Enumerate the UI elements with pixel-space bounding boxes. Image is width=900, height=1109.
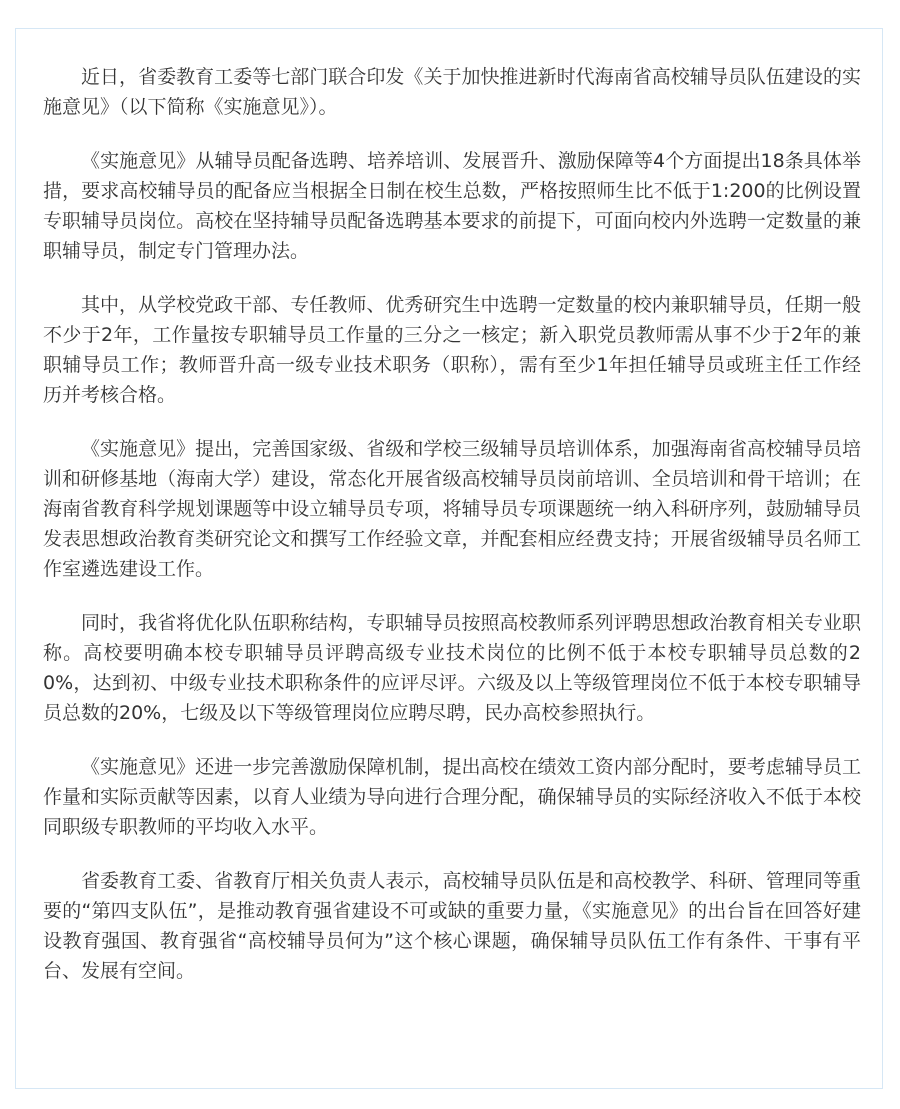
article-paragraph-5: 同时，我省将优化队伍职称结构，专职辅导员按照高校教师系列评聘思想政治教育相关专业…: [43, 608, 861, 728]
article-paragraph-2: 《实施意见》从辅导员配备选聘、培养培训、发展晋升、激励保障等4个方面提出18条具…: [43, 146, 861, 266]
article-paragraph-7: 省委教育工委、省教育厅相关负责人表示，高校辅导员队伍是和高校教学、科研、管理同等…: [43, 866, 861, 986]
article-paragraph-6: 《实施意见》还进一步完善激励保障机制，提出高校在绩效工资内部分配时，要考虑辅导员…: [43, 752, 861, 842]
article-container: 近日，省委教育工委等七部门联合印发《关于加快推进新时代海南省高校辅导员队伍建设的…: [15, 28, 883, 1089]
article-paragraph-1: 近日，省委教育工委等七部门联合印发《关于加快推进新时代海南省高校辅导员队伍建设的…: [43, 62, 861, 122]
article-body: 近日，省委教育工委等七部门联合印发《关于加快推进新时代海南省高校辅导员队伍建设的…: [43, 62, 861, 1010]
article-paragraph-4: 《实施意见》提出，完善国家级、省级和学校三级辅导员培训体系，加强海南省高校辅导员…: [43, 434, 861, 584]
article-paragraph-3: 其中，从学校党政干部、专任教师、优秀研究生中选聘一定数量的校内兼职辅导员，任期一…: [43, 290, 861, 410]
